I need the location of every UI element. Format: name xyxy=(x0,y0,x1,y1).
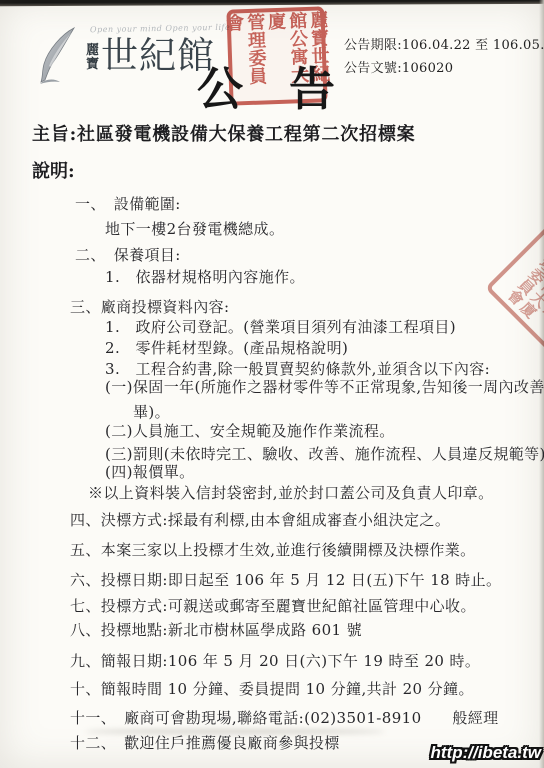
subject-label: 主旨: xyxy=(32,124,77,145)
doc-line-clause-1: (一)保固一年(所施作之器材零件等不正常現象,告知後一周內改善完 xyxy=(0,379,544,396)
period-value: 106.04.22 至 106.05.12 xyxy=(402,38,544,53)
brand-char-li: 麗 xyxy=(86,44,99,58)
doc-line-item-10: 十、簡報時間 10 分鐘、委員提問 10 分鐘,共計 20 分鐘。 xyxy=(0,681,544,698)
doc-line-item-4: 四、決標方式:採最有利標,由本會組成審查小組決定之。 xyxy=(0,512,544,529)
doc-line-item-3-sub-1: 1. 政府公司登記。(營業項目須列有油漆工程項目) xyxy=(0,319,544,336)
doc-line-item-9: 九、簡報日期:106 年 5 月 20 日(六)下午 19 時至 20 時。 xyxy=(0,653,544,670)
doc-no-value: 106020 xyxy=(402,61,453,76)
logo-slogan: Open your mind Open your life xyxy=(90,23,230,34)
document-body: 主旨:社區發電機設備大保養工程第二次招標案 說明: 一、 設備範圍: 地下一樓2… xyxy=(0,120,544,752)
page-title: 公告 xyxy=(197,64,381,114)
doc-line-item-3-sub-3: 3. 工程合約書,除一般買賣契約條款外,並須含以下內容: xyxy=(0,361,544,378)
scanned-announcement-page: { "header": { "logo": { "slogan": "Open … xyxy=(0,0,544,768)
brand-char-bao: 寶 xyxy=(86,58,99,72)
doc-line-sealed-envelope-note: ※以上資料裝入信封袋密封,並於封口蓋公司及負責人印章。 xyxy=(0,485,544,502)
doc-line-item-2-sub-1: 1. 依器材規格明內容施作。 xyxy=(0,269,544,286)
document-header: Open your mind Open your life 麗 寶 世紀館 麗寶… xyxy=(0,0,544,128)
doc-line-item-7: 七、投標方式:可親送或郵寄至麗寶世紀館社區管理中心收。 xyxy=(0,598,544,615)
brand-logo: Open your mind Open your life 麗 寶 世紀館 xyxy=(34,20,224,100)
watermark-url: http://ibeta.tw xyxy=(431,743,541,763)
announcement-period: 公告期限:106.04.22 至 106.05.12 xyxy=(344,34,544,57)
subject-line: 主旨:社區發電機設備大保養工程第二次招標案 xyxy=(0,120,544,146)
brand-name: 麗 寶 世紀館 xyxy=(86,36,215,76)
doc-line-item-11: 十一、 廠商可會勘現場,聯絡電話:(02)3501-8910 般經理 xyxy=(0,710,544,727)
doc-line-clause-2: (二)人員施工、安全規範及施作作業流程。 xyxy=(0,423,544,440)
period-label: 公告期限: xyxy=(344,38,402,53)
doc-line-item-8: 八、投標地點:新北市樹林區學成路 601 號 xyxy=(0,622,544,639)
doc-line-item-2: 二、 保養項目: xyxy=(0,247,544,264)
explanation-label: 說明: xyxy=(0,157,544,183)
quill-feather-icon xyxy=(34,26,86,96)
brand-name-small: 麗 寶 xyxy=(86,44,99,72)
doc-line-item-5: 五、本案三家以上投標才生效,並進行後續開標及決標作業。 xyxy=(0,542,544,559)
doc-line-item-1-detail: 地下一樓2台發電機總成。 xyxy=(0,221,544,238)
doc-line-item-6: 六、投標日期:即日起至 106 年 5 月 12 日(五)下午 18 時止。 xyxy=(0,572,544,589)
subject-text: 社區發電機設備大保養工程第二次招標案 xyxy=(77,124,415,145)
doc-line-clause-3: (三)罰則(未依時完工、驗收、改善、施作流程、人員違反規範等)。 xyxy=(0,446,544,463)
doc-line-clause-4: (四)報價單。 xyxy=(0,464,544,481)
doc-line-item-1: 一、 設備範圍: xyxy=(0,196,544,213)
doc-line-item-3-sub-2: 2. 零件耗材型錄。(產品規格說明) xyxy=(0,340,544,357)
doc-line-clause-1-cont: 畢)。 xyxy=(0,404,544,421)
doc-line-item-3: 三、廠商投標資料內容: xyxy=(0,299,544,316)
